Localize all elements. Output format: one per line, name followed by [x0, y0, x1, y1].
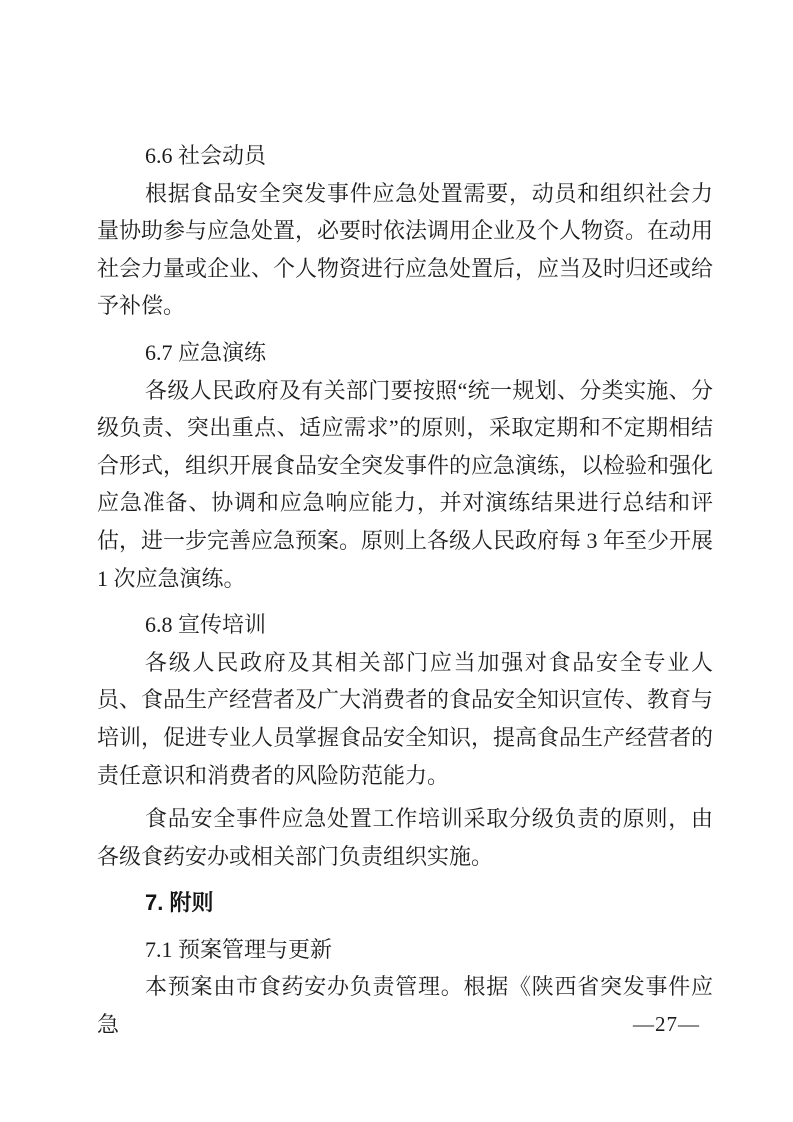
paragraph-publicity-training-1: 各级人民政府及其相关部门应当加强对食品安全专业人员、食品生产经营者及广大消费者的… — [97, 644, 713, 794]
section-heading-6-8: 6.8 宣传培训 — [97, 606, 713, 644]
chapter-heading-7: 7. 附则 — [97, 884, 713, 922]
paragraph-emergency-drill: 各级人民政府及有关部门要按照“统一规划、分类实施、分级负责、突出重点、适应需求”… — [97, 372, 713, 598]
section-heading-7-1: 7.1 预案管理与更新 — [97, 931, 713, 969]
paragraph-publicity-training-2: 食品安全事件应急处置工作培训采取分级负责的原则，由各级食药安办或相关部门负责组织… — [97, 800, 713, 875]
section-heading-6-6: 6.6 社会动员 — [97, 137, 713, 175]
paragraph-plan-management: 本预案由市食药安办负责管理。根据《陕西省突发事件应急 — [97, 968, 713, 1043]
document-page: 6.6 社会动员 根据食品安全突发事件应急处置需要，动员和组织社会力量协助参与应… — [0, 0, 793, 1122]
paragraph-social-mobilization: 根据食品安全突发事件应急处置需要，动员和组织社会力量协助参与应急处置，必要时依法… — [97, 175, 713, 325]
document-content: 6.6 社会动员 根据食品安全突发事件应急处置需要，动员和组织社会力量协助参与应… — [97, 137, 713, 1044]
section-heading-6-7: 6.7 应急演练 — [97, 334, 713, 372]
page-number: —27— — [633, 1012, 700, 1036]
